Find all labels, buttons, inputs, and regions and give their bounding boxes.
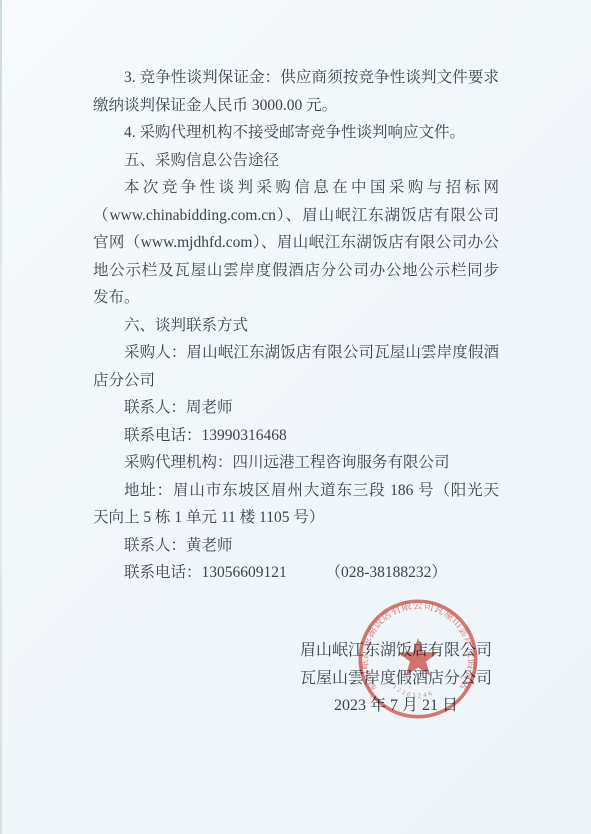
text-line: 联系电话：13056609121 （028-38188232） [93,559,499,587]
official-seal: 眉山岷江东湖饭店有限公司瓦屋山雲岸度假酒店分公司 5112205246 [355,596,481,722]
text-line: 采购代理机构：四川远港工程咨询服务有限公司 [93,449,499,477]
text-line: 六、谈判联系方式 [93,312,499,340]
text-line: 官网（www.mjdhfd.com）、眉山岷江东湖饭店有限公司办公 [93,229,499,257]
text-line: 地址：眉山市东坡区眉州大道东三段 186 号（阳光天 [93,477,499,505]
text-line: 地公示栏及瓦屋山雲岸度假酒店分公司办公地公示栏同步 [93,257,499,285]
text-line: 联系人：黄老师 [93,532,499,560]
text-line: 采购人：眉山岷江东湖饭店有限公司瓦屋山雲岸度假酒 [93,339,499,367]
text-line: 联系人：周老师 [93,394,499,422]
text-line: 本次竞争性谈判采购信息在中国采购与招标网 [93,174,499,202]
svg-text:5112205246: 5112205246 [383,676,435,700]
text-line: 发布。 [93,284,499,312]
text-line: 联系电话：13990316468 [93,422,499,450]
star-icon [398,638,438,676]
text-line: 天向上 5 栋 1 单元 11 楼 1105 号） [93,504,499,532]
seal-code: 5112205246 [383,676,435,700]
scan-edge-artifact [0,0,2,834]
text-line: 缴纳谈判保证金人民币 3000.00 元。 [93,92,499,120]
text-line: 4. 采购代理机构不接受邮寄竞争性谈判响应文件。 [93,119,499,147]
text-line: （www.chinabidding.com.cn）、眉山岷江东湖饭店有限公司 [93,202,499,230]
text-line: 店分公司 [93,367,499,395]
document-body: 3. 竞争性谈判保证金：供应商须按竞争性谈判文件要求缴纳谈判保证金人民币 300… [93,64,499,587]
text-line: 3. 竞争性谈判保证金：供应商须按竞争性谈判文件要求 [93,64,499,92]
text-line: 五、采购信息公告途径 [93,147,499,175]
